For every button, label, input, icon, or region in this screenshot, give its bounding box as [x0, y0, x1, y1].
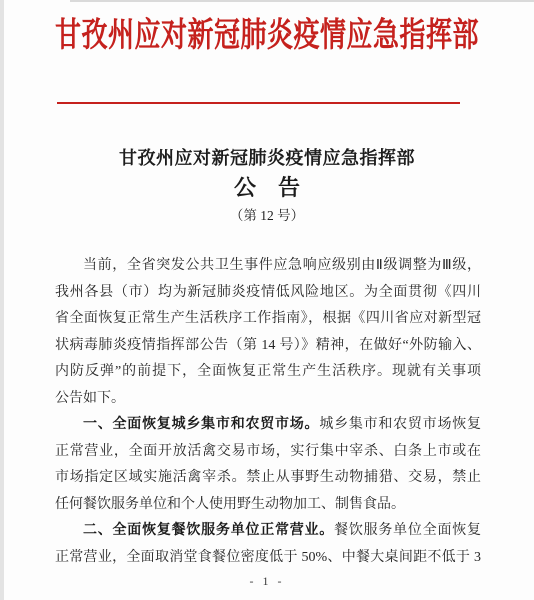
announcement-page: 甘孜州应对新冠肺炎疫情应急指挥部 甘孜州应对新冠肺炎疫情应急指挥部 公 告 （第… — [0, 0, 534, 600]
body-line: 一、全面恢复城乡集市和农贸市场。城乡集市和农贸市场恢复 — [55, 412, 481, 439]
scan-edge-top — [70, 0, 534, 2]
document-body: 当前，全省突发公共卫生事件应急响应级别由Ⅱ级调整为Ⅲ级，我州各县（市）均为新冠肺… — [55, 253, 481, 571]
body-line: 二、全面恢复餐饮服务单位正常营业。餐饮服务单位全面恢复 — [55, 518, 481, 545]
body-line: 当前，全省突发公共卫生事件应急响应级别由Ⅱ级调整为Ⅲ级， — [55, 253, 481, 280]
body-text: 当前，全省突发公共卫生事件应急响应级别由Ⅱ级调整为Ⅲ级， — [83, 258, 481, 273]
page-number: - 1 - — [0, 574, 534, 589]
body-line: 内防反弹”的前提下，全面恢复正常生产生活秩序。现就有关事项 — [55, 359, 481, 386]
body-text: 我州各县（市）均为新冠肺炎疫情低风险地区。为全面贯彻《四川 — [55, 285, 481, 300]
letterhead-org-title: 甘孜州应对新冠肺炎疫情应急指挥部 — [55, 7, 479, 66]
letterhead-divider-rule — [57, 102, 460, 104]
body-text: 正常营业，全面开放活禽交易市场，实行集中宰杀、白条上市或在 — [55, 444, 481, 459]
body-line: 正常营业，全面取消堂食餐位密度低于 50%、中餐大桌间距不低于 3 — [55, 545, 481, 572]
body-text: 正常营业，全面取消堂食餐位密度低于 50%、中餐大桌间距不低于 3 — [55, 550, 481, 565]
scan-edge-left — [0, 0, 4, 600]
body-line: 正常营业，全面开放活禽交易市场，实行集中宰杀、白条上市或在 — [55, 439, 481, 466]
body-text: 餐饮服务单位全面恢复 — [334, 523, 481, 538]
body-line: 公告如下。 — [55, 386, 481, 413]
letterhead: 甘孜州应对新冠肺炎疫情应急指挥部 — [0, 0, 534, 59]
body-text: 状病毒肺炎疫情指挥部公告（第 14 号）》精神，在做好“外防输入、 — [55, 338, 481, 353]
section-heading: 一、全面恢复城乡集市和农贸市场。 — [83, 417, 319, 432]
body-line: 我州各县（市）均为新冠肺炎疫情低风险地区。为全面贯彻《四川 — [55, 280, 481, 307]
body-text: 公告如下。 — [55, 391, 125, 406]
body-text: 市场指定区域实施活禽宰杀。禁止从事野生动物捕猎、交易，禁止 — [55, 470, 481, 485]
body-text: 省全面恢复正常生产生活秩序工作指南》，根据《四川省应对新型冠 — [55, 311, 481, 326]
body-line: 状病毒肺炎疫情指挥部公告（第 14 号）》精神，在做好“外防输入、 — [55, 333, 481, 360]
document-type-heading: 公 告 — [0, 176, 534, 199]
body-line: 市场指定区域实施活禽宰杀。禁止从事野生动物捕猎、交易，禁止 — [55, 465, 481, 492]
body-line: 省全面恢复正常生产生活秩序工作指南》，根据《四川省应对新型冠 — [55, 306, 481, 333]
section-heading: 二、全面恢复餐饮服务单位正常营业。 — [83, 523, 334, 538]
body-text: 内防反弹”的前提下，全面恢复正常生产生活秩序。现就有关事项 — [55, 364, 481, 379]
document-title-org-line: 甘孜州应对新冠肺炎疫情应急指挥部 — [0, 148, 534, 168]
body-line: 任何餐饮服务单位和个人使用野生动物加工、制售食品。 — [55, 492, 481, 519]
document-number: （第 12 号） — [0, 208, 534, 223]
body-text: 任何餐饮服务单位和个人使用野生动物加工、制售食品。 — [55, 497, 405, 512]
body-text: 城乡集市和农贸市场恢复 — [319, 417, 481, 432]
